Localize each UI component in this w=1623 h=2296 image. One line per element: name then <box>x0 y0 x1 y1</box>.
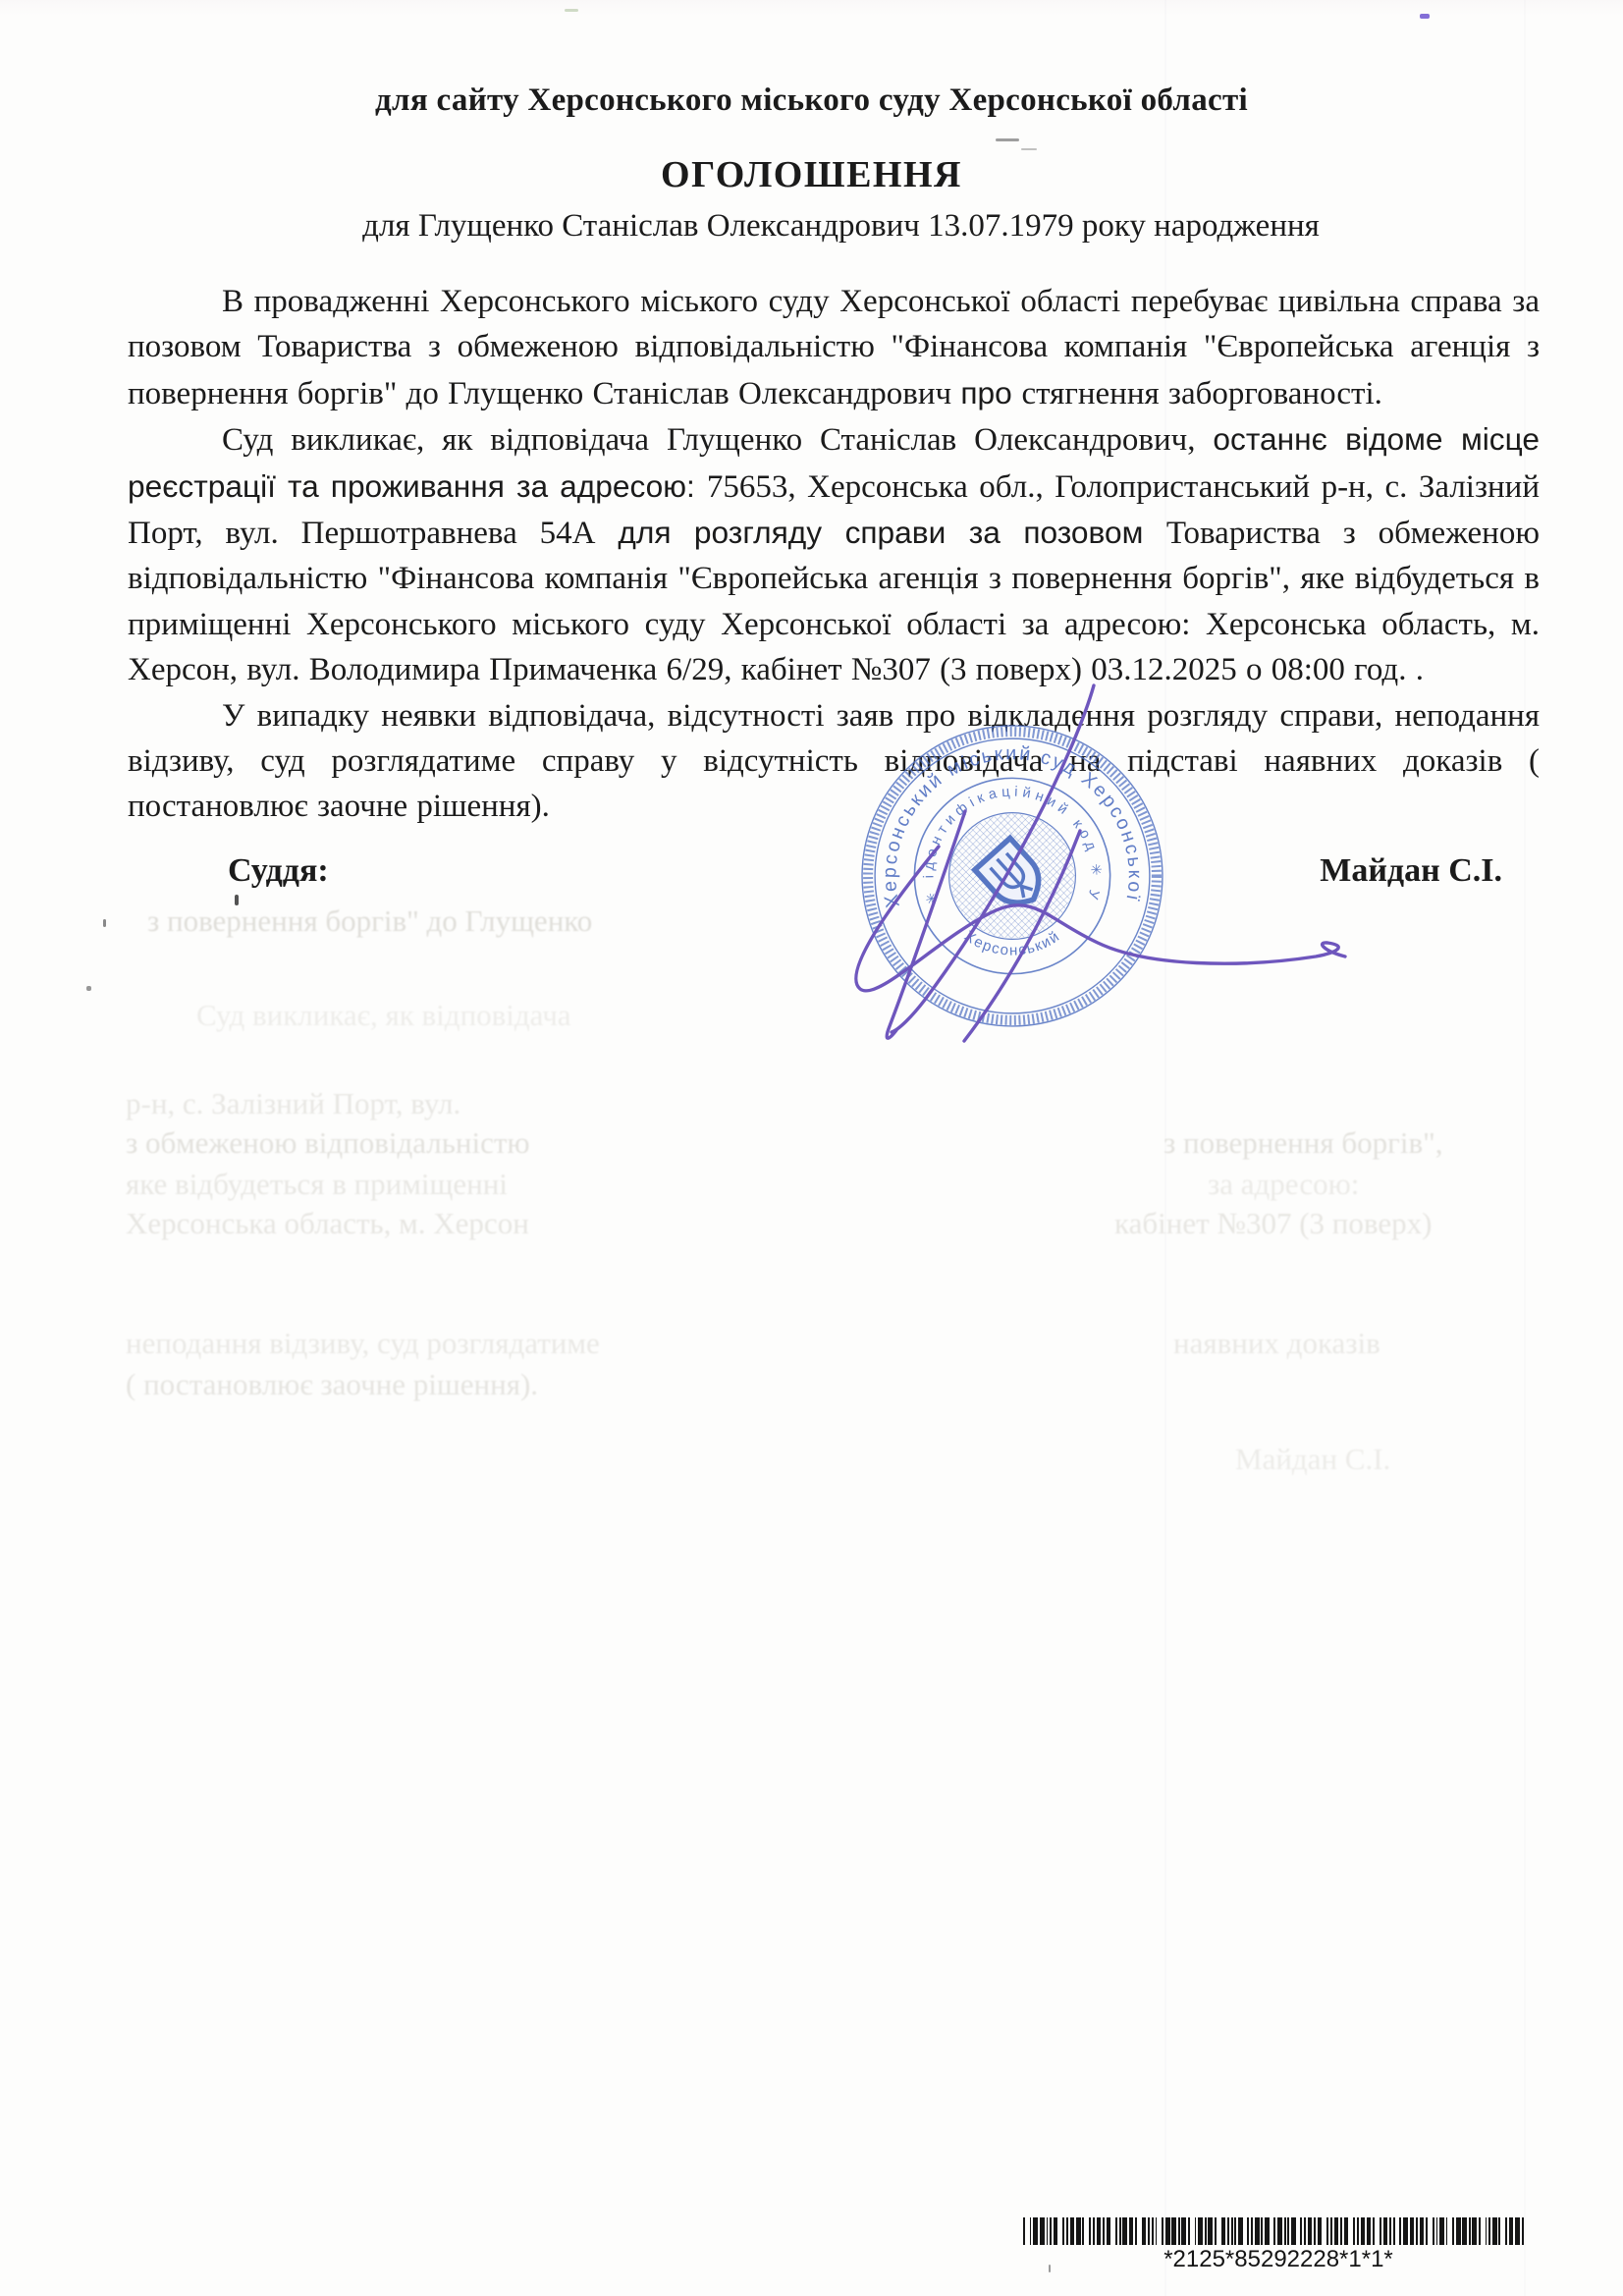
body-paragraphs: В провадженні Херсонського міського суду… <box>128 279 1540 830</box>
scan-speck <box>103 919 106 927</box>
document-subtitle: для Глущенко Станіслав Олександрович 13.… <box>29 208 1623 245</box>
paragraph-segment: Суд викликає, як відповідача Глущенко Ст… <box>222 422 1213 458</box>
barcode-block: *2125*85292228*1*1* <box>1023 2217 1534 2273</box>
paragraph-segment: стягнення заборгованості. <box>1022 376 1382 411</box>
judge-row: Суддя: Майдан С.І. <box>128 852 1540 890</box>
barcode-text: *2125*85292228*1*1* <box>1023 2246 1534 2273</box>
scan-speck <box>996 138 1019 141</box>
scan-speck <box>565 9 578 12</box>
ghost-bleedthrough-text: р-н, с. Залізний Порт, вул. <box>126 1086 460 1121</box>
scan-edge-noise <box>0 0 1623 16</box>
scan-speck <box>1420 14 1430 19</box>
ghost-bleedthrough-text: ( постановлює заочне рішення). <box>126 1367 538 1402</box>
scan-speck <box>1049 2265 1051 2272</box>
ghost-bleedthrough-text: з повернення боргів" до Глущенко <box>147 903 592 939</box>
site-header-line: для сайту Херсонського міського суду Хер… <box>0 82 1623 119</box>
ghost-bleedthrough-text: Суд викликає, як відповідача <box>196 998 571 1033</box>
ghost-bleedthrough-text: Херсонська область, м. Херсон <box>126 1206 529 1241</box>
paragraph-segment: У випадку неявки відповідача, відсутност… <box>128 698 1540 825</box>
ghost-bleedthrough-text: з повернення боргів", <box>1163 1125 1442 1161</box>
ghost-bleedthrough-text: Майдан С.І. <box>1235 1442 1390 1477</box>
paragraph: У випадку неявки відповідача, відсутност… <box>128 693 1540 830</box>
barcode-space <box>1524 2217 1526 2245</box>
ghost-bleedthrough-text: за адресою: <box>1208 1167 1359 1202</box>
paragraph-segment: про <box>960 375 1021 410</box>
paragraph: В провадженні Херсонського міського суду… <box>128 279 1540 416</box>
court-seal-svg: Херсонський міський суд Херсонської обла… <box>854 718 1170 1034</box>
judge-label: Суддя: <box>228 852 329 890</box>
ghost-bleedthrough-text: з обмеженою відповідальністю <box>126 1125 530 1161</box>
judge-name: Майдан С.І. <box>1320 852 1502 890</box>
ghost-bleedthrough-text: наявних доказів <box>1173 1326 1380 1361</box>
document-title: ОГОЛОШЕННЯ <box>0 153 1623 196</box>
ghost-bleedthrough-text: кабінет №307 (3 поверх) <box>1114 1206 1432 1241</box>
paragraph-segment: для розгляду справи за позовом <box>618 515 1165 550</box>
paragraph: Суд викликає, як відповідача Глущенко Ст… <box>128 416 1540 692</box>
court-seal-stamp: Херсонський міський суд Херсонської обла… <box>854 718 1170 1034</box>
ghost-bleedthrough-text: яке відбудеться в приміщенні <box>126 1167 508 1202</box>
scan-speck <box>235 895 239 905</box>
barcode-bars <box>1023 2217 1534 2245</box>
scan-speck <box>1021 148 1037 150</box>
ghost-bleedthrough-text: неподання відзиву, суд розглядатиме <box>126 1326 600 1361</box>
scanned-court-document: для сайту Херсонського міського суду Хер… <box>0 0 1623 2296</box>
scan-speck <box>86 986 91 991</box>
